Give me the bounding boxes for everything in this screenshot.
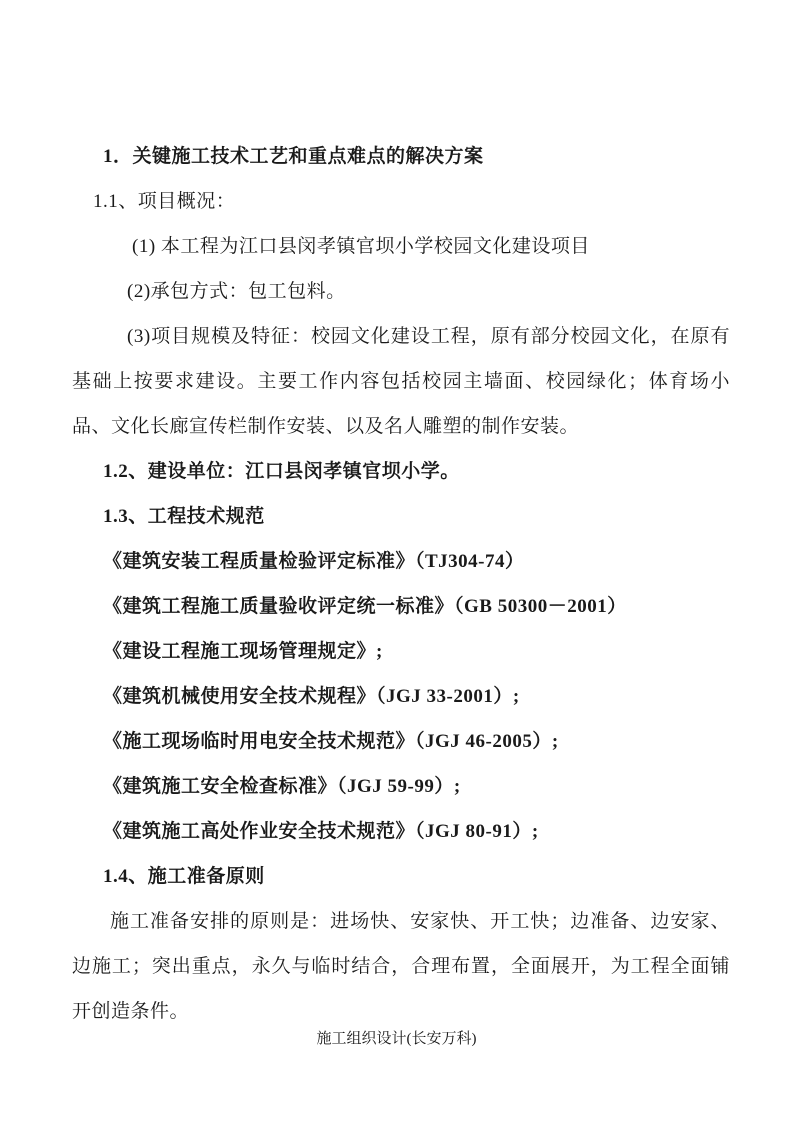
document-body: 1．关键施工技术工艺和重点难点的解决方案 1.1、项目概况： (1) 本工程为江… xyxy=(72,134,730,1034)
heading-1-1-project-overview: 1.1、项目概况： xyxy=(72,179,730,224)
standard-item: 《建设工程施工现场管理规定》; xyxy=(72,629,730,674)
heading-1-2-construction-unit: 1.2、建设单位：江口县闵孝镇官坝小学。 xyxy=(72,449,730,494)
item-3-project-scale-paragraph: (3)项目规模及特征：校园文化建设工程，原有部分校园文化，在原有基础上按要求建设… xyxy=(72,314,730,449)
item-1-project-name: (1) 本工程为江口县闵孝镇官坝小学校园文化建设项目 xyxy=(72,224,730,269)
heading-1-4-preparation-principles: 1.4、施工准备原则 xyxy=(72,854,730,899)
standard-item: 《建筑工程施工质量验收评定统一标准》（GB 50300－2001） xyxy=(72,584,730,629)
standard-item: 《建筑施工安全检查标准》（JGJ 59-99）; xyxy=(72,764,730,809)
standard-item: 《建筑机械使用安全技术规程》（JGJ 33-2001）; xyxy=(72,674,730,719)
standard-item: 《建筑安装工程质量检验评定标准》（TJ304-74） xyxy=(72,539,730,584)
heading-1-3-technical-standards: 1.3、工程技术规范 xyxy=(72,494,730,539)
item-2-contract-mode: (2)承包方式：包工包料。 xyxy=(72,269,730,314)
standard-item: 《建筑施工高处作业安全技术规范》（JGJ 80-91）; xyxy=(72,809,730,854)
paragraph-preparation-principle: 施工准备安排的原则是：进场快、安家快、开工快；边准备、边安家、边施工；突出重点，… xyxy=(72,899,730,1034)
document-page: 1．关键施工技术工艺和重点难点的解决方案 1.1、项目概况： (1) 本工程为江… xyxy=(0,0,793,1122)
page-footer: 施工组织设计(长安万科) xyxy=(0,1028,793,1050)
standard-item: 《施工现场临时用电安全技术规范》（JGJ 46-2005）; xyxy=(72,719,730,764)
heading-section-1: 1．关键施工技术工艺和重点难点的解决方案 xyxy=(72,134,730,179)
